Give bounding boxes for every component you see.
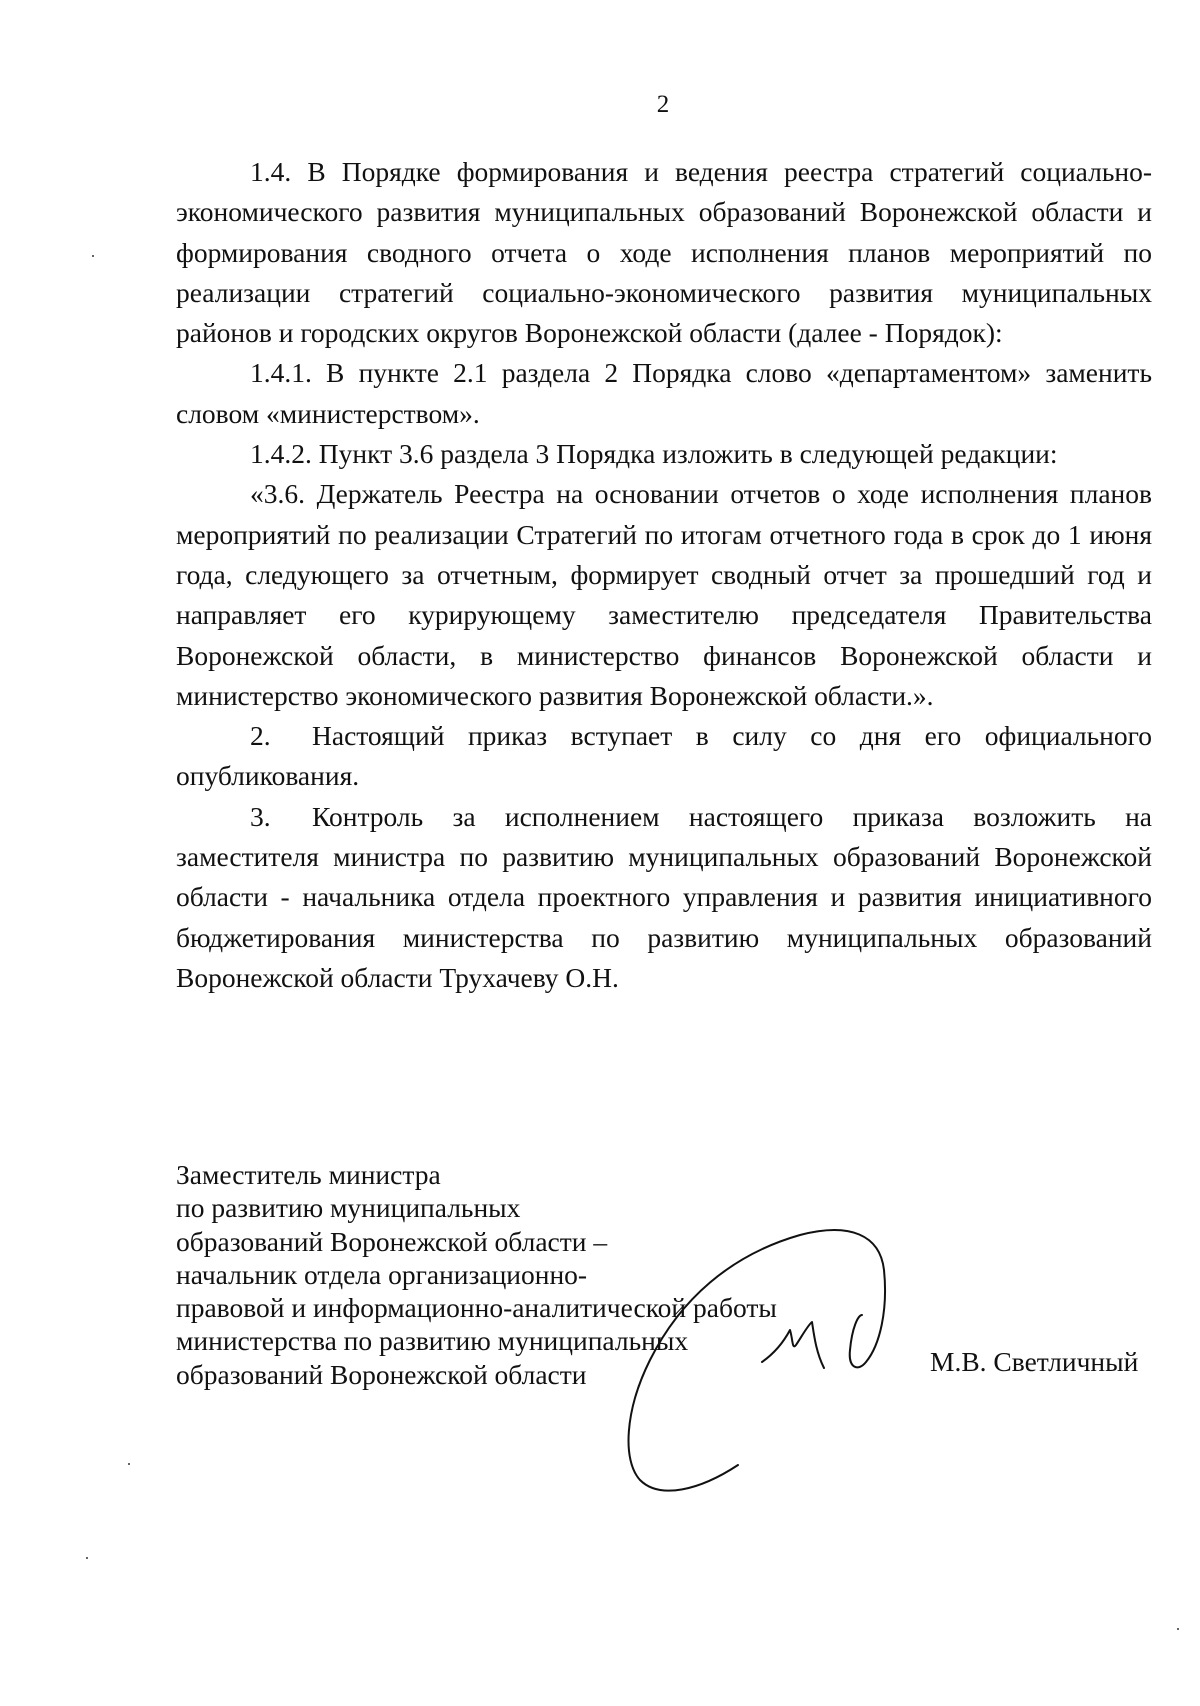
position-line: по развитию муниципальных xyxy=(176,1191,876,1224)
scan-speck xyxy=(92,255,94,257)
paragraph-1-4: 1.4. В Порядке формирования и ведения ре… xyxy=(176,152,1152,353)
paragraph-number: 2. xyxy=(250,716,312,756)
scan-speck xyxy=(128,1463,130,1465)
paragraph-3-6-quote: «3.6. Держатель Реестра на основании отч… xyxy=(176,474,1152,716)
document-body: 1.4. В Порядке формирования и ведения ре… xyxy=(176,152,1152,998)
position-line: образований Воронежской области xyxy=(176,1358,876,1391)
scan-speck xyxy=(1177,1628,1179,1630)
scan-speck xyxy=(86,1557,88,1559)
position-line: министерства по развитию муниципальных xyxy=(176,1324,876,1357)
paragraph-2: 2.Настоящий приказ вступает в силу со дн… xyxy=(176,716,1152,797)
position-line: образований Воронежской области – xyxy=(176,1225,876,1258)
paragraph-1-4-1: 1.4.1. В пункте 2.1 раздела 2 Порядка сл… xyxy=(176,353,1152,434)
signatory-position: Заместитель министра по развитию муницип… xyxy=(176,1158,876,1391)
paragraph-number: 3. xyxy=(250,797,312,837)
paragraph-3: 3.Контроль за исполнением настоящего при… xyxy=(176,797,1152,998)
paragraph-1-4-2: 1.4.2. Пункт 3.6 раздела 3 Порядка излож… xyxy=(176,434,1152,474)
position-line: Заместитель министра xyxy=(176,1158,876,1191)
page-number: 2 xyxy=(0,90,1200,120)
paragraph-text: Контроль за исполнением настоящего прика… xyxy=(176,801,1152,993)
signer-name: М.В. Светличный xyxy=(930,1345,1138,1378)
position-line: начальник отдела организационно- xyxy=(176,1258,876,1291)
paragraph-text: Настоящий приказ вступает в силу со дня … xyxy=(176,720,1152,791)
position-line: правовой и информационно-аналитической р… xyxy=(176,1291,876,1324)
